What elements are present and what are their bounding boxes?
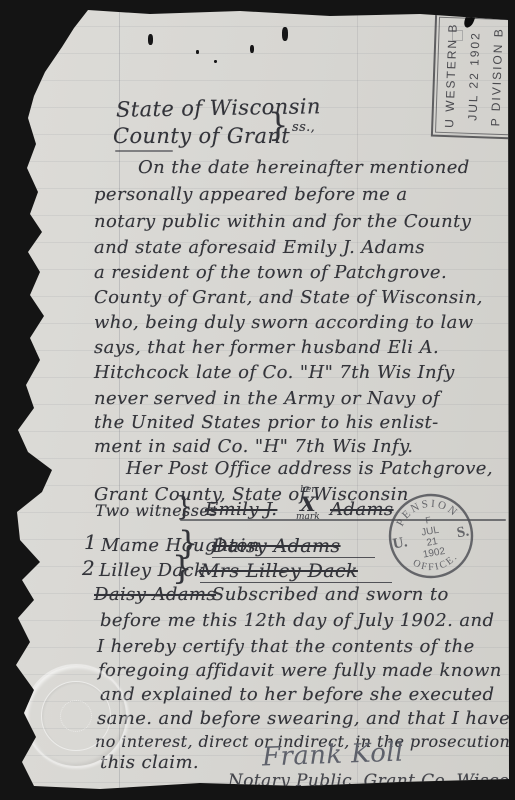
handwritten-line: I hereby certify that the contents of th… (97, 636, 475, 657)
mark-signature-first: Emily J. (205, 499, 281, 520)
mark-label: mark (296, 513, 320, 522)
stamp-line-date: JUL 22 1902 (465, 31, 482, 121)
handwritten-line: this claim. (100, 752, 199, 773)
heading-brace: } (268, 106, 289, 144)
witness-2-number: 2 (82, 556, 95, 580)
paper-hole (250, 45, 254, 53)
handwritten-line: personally appeared before me a (94, 184, 407, 205)
handwritten-line: before me this 12th day of July 1902. an… (100, 610, 494, 631)
stamp-line-western: U WESTERN B (442, 22, 460, 128)
pension-stamp-u: U. (392, 534, 409, 552)
notary-signature: Frank Koll (262, 738, 405, 773)
witness-2-brace: } (172, 549, 193, 587)
heading-county-line: County of Grant (113, 124, 290, 148)
x-mark: X (300, 494, 316, 514)
pension-stamp-s: S. (456, 523, 471, 541)
witness-1-struck-signature: Daisy Adams (212, 535, 375, 558)
county-underline (115, 150, 173, 152)
handwritten-line: and explained to her before she executed (100, 684, 494, 705)
torn-paper-sheet: State of Wisconsin County of Grant } ss.… (0, 0, 515, 800)
handwritten-line: the United States prior to his enlist- (94, 412, 439, 433)
closing-struck-name: Daisy Adams (94, 584, 218, 605)
scanned-affidavit-document: State of Wisconsin County of Grant } ss.… (0, 0, 515, 800)
witness-1-number: 1 (84, 530, 97, 554)
embossed-notary-seal (24, 664, 128, 768)
handwritten-line: who, being duly sworn according to law (94, 312, 474, 333)
paper-hole (282, 27, 288, 41)
handwritten-line: notary public within and for the County (94, 211, 471, 232)
stamp-line-division: P DIVISION B (489, 27, 506, 127)
two-witnesses-label: Two witnesses (95, 501, 218, 520)
western-division-stamp-box: U WESTERN B JUL 22 1902 P DIVISION B (431, 13, 515, 140)
heading-state-line: State of Wisconsin (116, 94, 321, 122)
western-division-stamp: U WESTERN B JUL 22 1902 P DIVISION B (431, 13, 515, 140)
handwritten-line: never served in the Army or Navy of (94, 388, 440, 409)
her-mark-x: her X mark (296, 486, 320, 522)
pension-stamp-year: 1902 (422, 546, 446, 561)
handwritten-line: Hitchcock late of Co. "H" 7th Wis Infy (94, 362, 455, 383)
handwritten-line: says, that her former husband Eli A. (94, 337, 439, 358)
heading-ss-label: ss., (292, 120, 315, 135)
paper-speck (214, 60, 217, 63)
handwritten-line: ment in said Co. "H" 7th Wis Infy. (94, 436, 413, 457)
pension-office-stamp: PENSION OFFICE. U. S. F JUL 21 1902 (373, 478, 489, 594)
paper-speck (196, 50, 199, 54)
handwritten-line: and state aforesaid Emily J. Adams (94, 237, 425, 258)
handwritten-line: a resident of the town of Patchgrove. (94, 262, 447, 283)
handwritten-line: County of Grant, and State of Wisconsin, (94, 287, 483, 308)
witness-brace: } (176, 492, 193, 522)
notary-title: Notary Public, Grant Co. Wisconsin (228, 771, 515, 791)
handwritten-line: Her Post Office address is Patchgrove, (126, 458, 493, 479)
handwritten-line: foregoing affidavit were fully made know… (98, 660, 502, 681)
paper-hole (148, 34, 153, 45)
handwritten-line: same. and before swearing, and that I ha… (97, 708, 510, 729)
handwritten-line: On the date hereinafter mentioned (138, 157, 470, 178)
pension-stamp-letter: F (425, 515, 433, 526)
witness-2-struck-signature: Mrs Lilley Dack (200, 560, 392, 583)
